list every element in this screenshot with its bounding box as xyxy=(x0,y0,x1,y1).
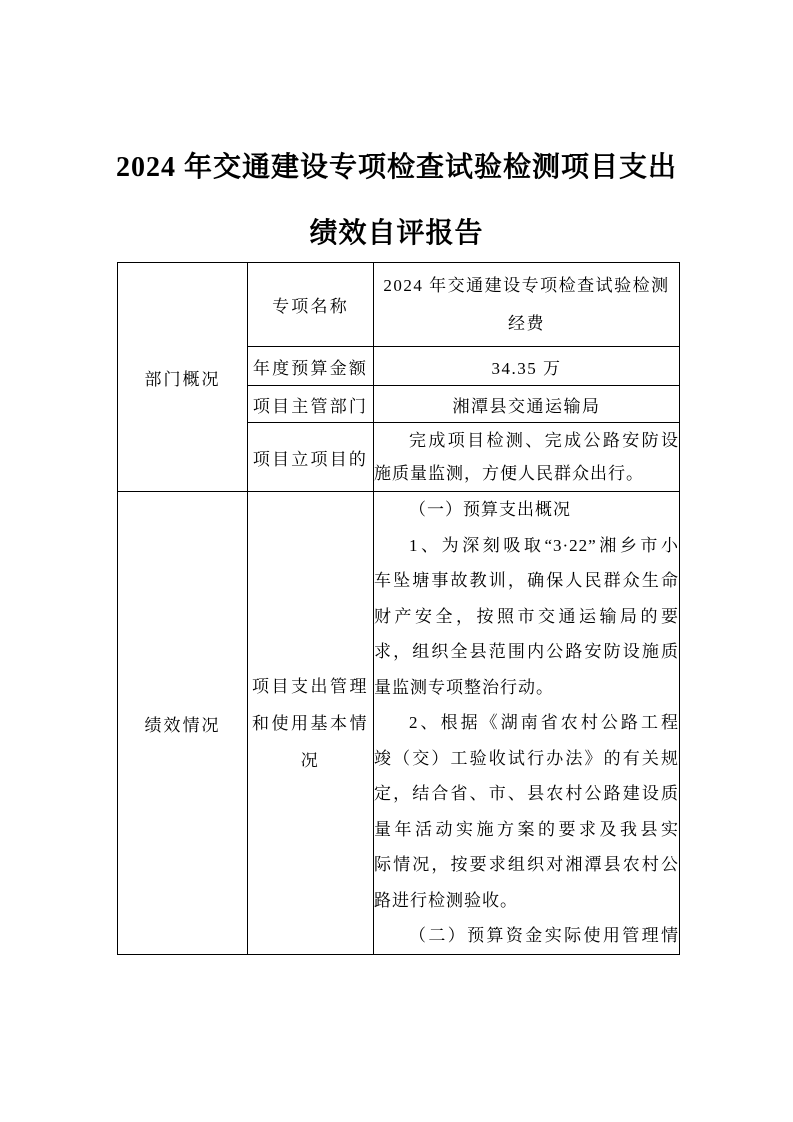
department-value: 湘潭县交通运输局 xyxy=(374,386,680,423)
purpose-line: 施质量监测，方便人民群众出行。 xyxy=(374,457,679,490)
purpose-value: 完成项目检测、完成公路安防设施质量监测，方便人民群众出行。 xyxy=(374,423,680,492)
content-line: 路进行检测验收。 xyxy=(374,883,679,919)
report-table: 部门概况 专项名称 2024 年交通建设专项检查试验检测 经费 年度预算金额 3… xyxy=(117,262,680,955)
expenditure-management-label: 项目支出管理 和使用基本情 况 xyxy=(248,492,374,955)
content-line: 财产安全，按照市交通运输局的要 xyxy=(374,599,679,635)
content-line: 量年活动实施方案的要求及我县实 xyxy=(374,812,679,848)
project-name-value-line: 经费 xyxy=(374,305,679,343)
table-row: 绩效情况 项目支出管理 和使用基本情 况 （一）预算支出概况1、为深刻吸取“3·… xyxy=(118,492,680,955)
content-line: （二）预算资金实际使用管理情 xyxy=(374,918,679,954)
title-line-1: 2024 年交通建设专项检查试验检测项目支出 xyxy=(0,150,793,186)
budget-value: 34.35 万 xyxy=(374,347,680,386)
content-line: （一）预算支出概况 xyxy=(374,492,679,528)
department-label: 项目主管部门 xyxy=(248,386,374,423)
project-name-value: 2024 年交通建设专项检查试验检测 经费 xyxy=(374,263,680,347)
table-row: 部门概况 专项名称 2024 年交通建设专项检查试验检测 经费 xyxy=(118,263,680,347)
purpose-line: 完成项目检测、完成公路安防设 xyxy=(374,424,679,457)
content-line: 2、根据《湖南省农村公路工程 xyxy=(374,705,679,741)
content-line: 际情况，按要求组织对湘潭县农村公 xyxy=(374,847,679,883)
expenditure-management-label-line: 况 xyxy=(248,742,373,779)
report-title: 2024 年交通建设专项检查试验检测项目支出 绩效自评报告 xyxy=(0,150,793,252)
expenditure-management-label-line: 项目支出管理 xyxy=(248,668,373,705)
content-line: 1、为深刻吸取“3·22”湘乡市小 xyxy=(374,528,679,564)
content-line: 量监测专项整治行动。 xyxy=(374,670,679,706)
purpose-label: 项目立项目的 xyxy=(248,423,374,492)
content-line: 定，结合省、市、县农村公路建设质 xyxy=(374,776,679,812)
budget-label: 年度预算金额 xyxy=(248,347,374,386)
content-line: 竣（交）工验收试行办法》的有关规 xyxy=(374,741,679,777)
section-performance-label: 绩效情况 xyxy=(118,492,248,955)
expenditure-management-label-line: 和使用基本情 xyxy=(248,705,373,742)
content-line: 车坠塘事故教训，确保人民群众生命 xyxy=(374,563,679,599)
section-overview-label: 部门概况 xyxy=(118,263,248,492)
performance-content: （一）预算支出概况1、为深刻吸取“3·22”湘乡市小车坠塘事故教训，确保人民群众… xyxy=(374,492,680,955)
title-line-2: 绩效自评报告 xyxy=(0,216,793,252)
project-name-label: 专项名称 xyxy=(248,263,374,347)
project-name-value-line: 2024 年交通建设专项检查试验检测 xyxy=(374,267,679,305)
content-line: 求，组织全县范围内公路安防设施质 xyxy=(374,634,679,670)
document-page: 2024 年交通建设专项检查试验检测项目支出 绩效自评报告 部门概况 专项名称 … xyxy=(0,0,793,1122)
